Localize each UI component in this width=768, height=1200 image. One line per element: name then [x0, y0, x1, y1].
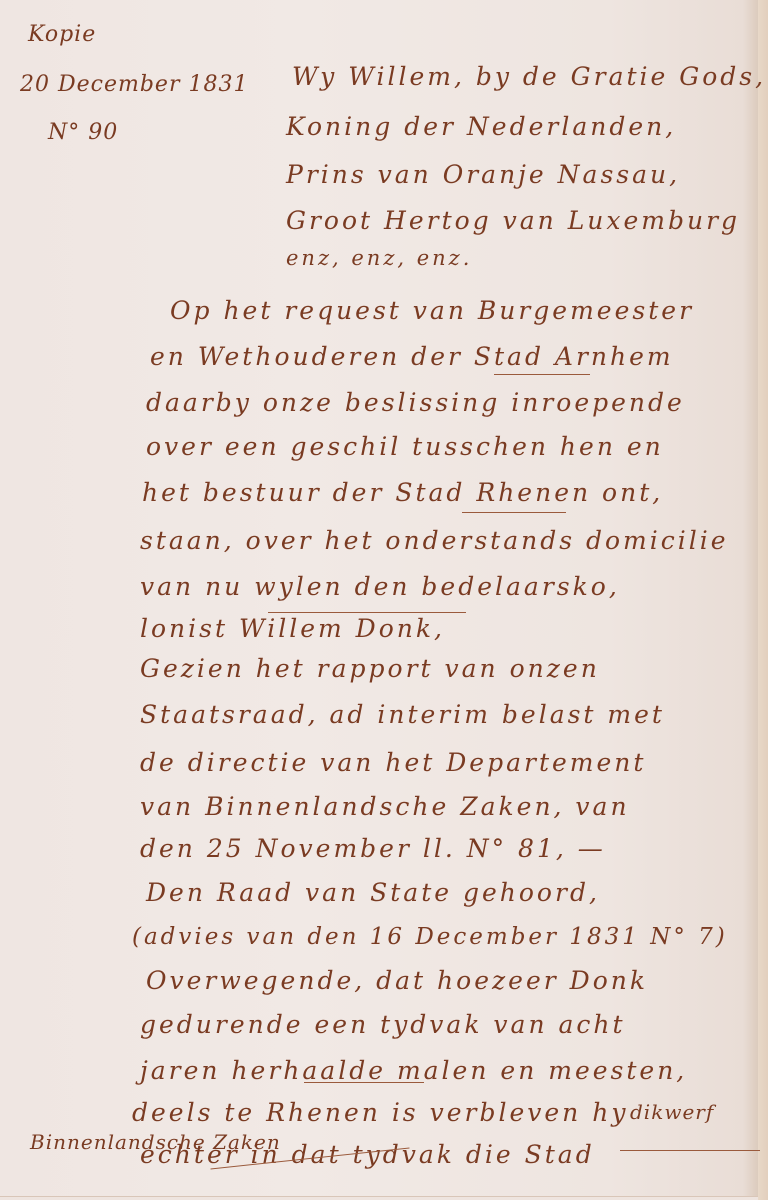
body-line: deels te Rhenen is verbleven hy — [132, 1098, 628, 1127]
body-line: Op het request van Burgemeester — [170, 296, 694, 325]
body-line: jaren herhaalde malen en meesten, — [140, 1056, 687, 1085]
document-date: 20 December 1831 — [20, 72, 248, 97]
underline-arnhem — [494, 374, 590, 375]
body-line: den 25 November ll. N° 81, — — [140, 834, 606, 863]
title-line-2: Koning der Nederlanden, — [286, 112, 676, 141]
page-edge — [758, 0, 768, 1200]
margin-note: Binnenlandsche Zaken — [30, 1130, 281, 1154]
body-line: van nu wylen den bedelaarsko, — [140, 572, 620, 601]
underline-rhenen — [462, 512, 566, 513]
body-line: de directie van het Departement — [140, 748, 646, 777]
underline-willem-donk — [268, 612, 466, 613]
body-line: daarby onze beslissing inroepende — [146, 388, 685, 417]
body-line: het bestuur der Stad Rhenen ont, — [142, 478, 663, 507]
body-line: (advies van den 16 December 1831 N° 7) — [132, 924, 728, 950]
document-number: N° 90 — [48, 120, 118, 145]
title-line-5: enz, enz, enz. — [286, 246, 472, 270]
body-line: staan, over het onderstands domicilie — [140, 526, 729, 555]
title-line-4: Groot Hertog van Luxemburg — [286, 206, 740, 235]
body-line: Overwegende, dat hoezeer Donk — [146, 966, 648, 995]
underline-rhenen-2 — [304, 1082, 424, 1083]
body-line: lonist Willem Donk, — [140, 614, 445, 643]
title-line-1: Wy Willem, by de Gratie Gods, — [292, 62, 766, 91]
catchword-underline — [620, 1150, 760, 1151]
body-line: Den Raad van State gehoord, — [146, 878, 600, 907]
body-line: van Binnenlandsche Zaken, van — [140, 792, 630, 821]
kopie-label: Kopie — [28, 22, 96, 47]
body-line: Gezien het rapport van onzen — [140, 654, 600, 683]
catchword: dikwerf — [630, 1100, 714, 1124]
body-line: over een geschil tusschen hen en — [146, 432, 664, 461]
title-line-3: Prins van Oranje Nassau, — [286, 160, 680, 189]
body-line: en Wethouderen der Stad Arnhem — [150, 342, 674, 371]
body-line: Staatsraad, ad interim belast met — [140, 700, 665, 729]
body-line: gedurende een tydvak van acht — [140, 1010, 626, 1039]
